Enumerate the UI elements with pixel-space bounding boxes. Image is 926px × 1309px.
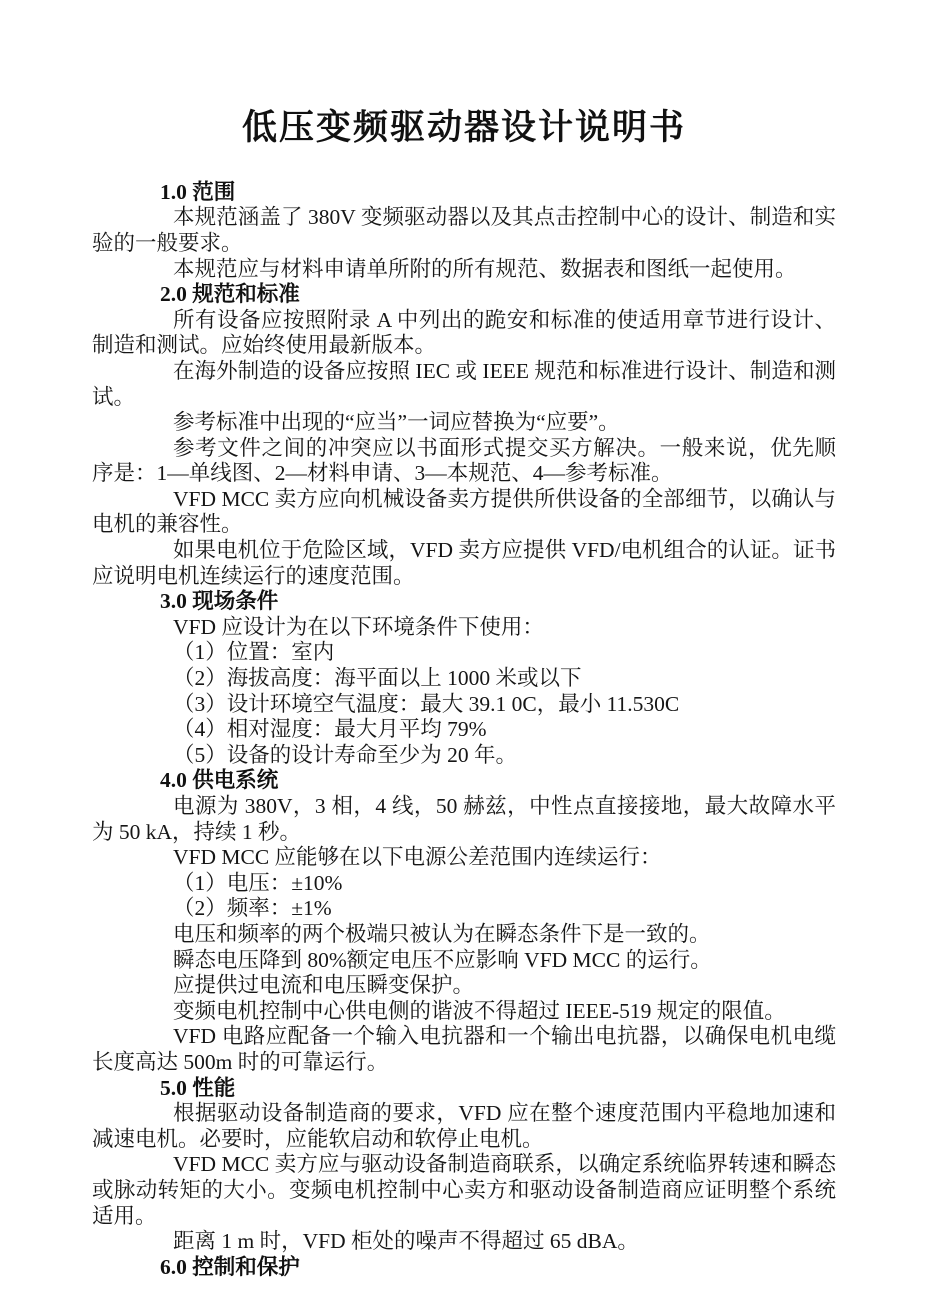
paragraph: 电源为 380V，3 相，4 线，50 赫兹，中性点直接接地，最大故障水平为 5… xyxy=(92,794,836,845)
paragraph: （4）相对湿度：最大月平均 79% xyxy=(92,717,836,743)
paragraph: 本规范应与材料申请单所附的所有规范、数据表和图纸一起使用。 xyxy=(92,257,836,283)
paragraph: （1）电压：±10% xyxy=(92,871,836,897)
paragraph: VFD MCC 卖方应向机械设备卖方提供所供设备的全部细节，以确认与电机的兼容性… xyxy=(92,487,836,538)
paragraph: 变频电机控制中心供电侧的谐波不得超过 IEEE-519 规定的限值。 xyxy=(92,999,836,1025)
paragraph: 所有设备应按照附录 A 中列出的跪安和标准的使适用章节进行设计、制造和测试。应始… xyxy=(92,308,836,359)
paragraph: 瞬态电压降到 80%额定电压不应影响 VFD MCC 的运行。 xyxy=(92,948,836,974)
paragraph: 应提供过电流和电压瞬变保护。 xyxy=(92,973,836,999)
section-heading: 5.0 性能 xyxy=(160,1076,836,1102)
section-heading: 3.0 现场条件 xyxy=(160,589,836,615)
section-heading: 2.0 规范和标准 xyxy=(160,282,836,308)
paragraph: 如果电机位于危险区域，VFD 卖方应提供 VFD/电机组合的认证。证书应说明电机… xyxy=(92,538,836,589)
paragraph: 本规范涵盖了 380V 变频驱动器以及其点击控制中心的设计、制造和实验的一般要求… xyxy=(92,205,836,256)
paragraph: 参考文件之间的冲突应以书面形式提交买方解决。一般来说，优先顺序是：1—单线图、2… xyxy=(92,436,836,487)
paragraph: 参考标准中出现的“应当”一词应替换为“应要”。 xyxy=(92,410,836,436)
section-heading: 1.0 范围 xyxy=(160,180,836,206)
section-heading: 6.0 控制和保护 xyxy=(160,1255,836,1281)
paragraph: （3）设计环境空气温度：最大 39.1 0C，最小 11.530C xyxy=(92,692,836,718)
document-title: 低压变频驱动器设计说明书 xyxy=(92,106,836,150)
paragraph: （1）位置：室内 xyxy=(92,640,836,666)
paragraph: （2）海拔高度：海平面以上 1000 米或以下 xyxy=(92,666,836,692)
paragraph: VFD 应设计为在以下环境条件下使用： xyxy=(92,615,836,641)
paragraph: VFD MCC 应能够在以下电源公差范围内连续运行： xyxy=(92,845,836,871)
section-heading: 4.0 供电系统 xyxy=(160,768,836,794)
paragraph: 根据驱动设备制造商的要求，VFD 应在整个速度范围内平稳地加速和减速电机。必要时… xyxy=(92,1101,836,1152)
paragraph: 在海外制造的设备应按照 IEC 或 IEEE 规范和标准进行设计、制造和测试。 xyxy=(92,359,836,410)
paragraph: （2）频率：±1% xyxy=(92,896,836,922)
document-body: 1.0 范围本规范涵盖了 380V 变频驱动器以及其点击控制中心的设计、制造和实… xyxy=(92,180,836,1281)
paragraph: VFD 电路应配备一个输入电抗器和一个输出电抗器，以确保电机电缆长度高达 500… xyxy=(92,1024,836,1075)
paragraph: （5）设备的设计寿命至少为 20 年。 xyxy=(92,743,836,769)
paragraph: VFD MCC 卖方应与驱动设备制造商联系，以确定系统临界转速和瞬态或脉动转矩的… xyxy=(92,1152,836,1229)
paragraph: 电压和频率的两个极端只被认为在瞬态条件下是一致的。 xyxy=(92,922,836,948)
paragraph: 距离 1 m 时，VFD 柜处的噪声不得超过 65 dBA。 xyxy=(92,1229,836,1255)
document-page: 低压变频驱动器设计说明书 1.0 范围本规范涵盖了 380V 变频驱动器以及其点… xyxy=(0,0,926,1309)
